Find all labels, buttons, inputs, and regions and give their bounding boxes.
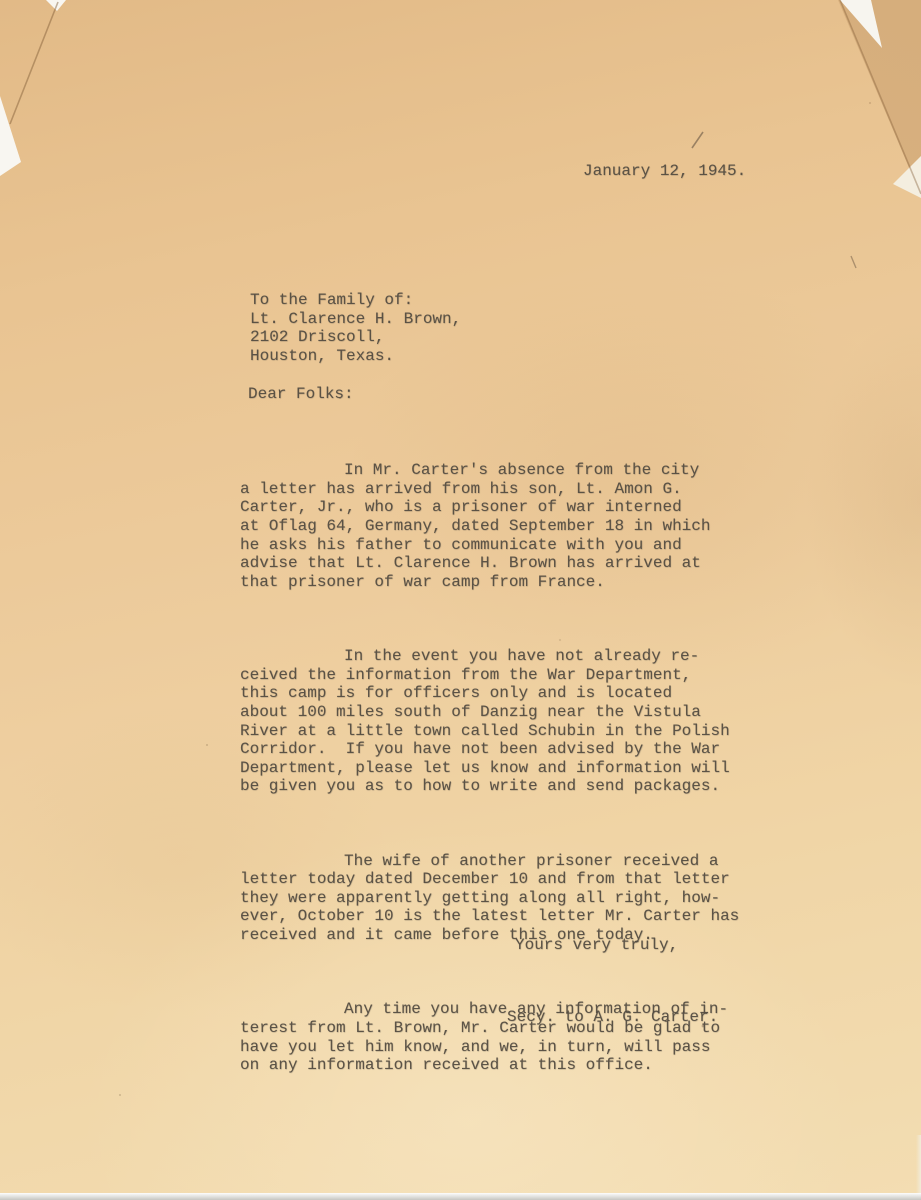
- signature-line: Secy. to A. G. Carter.: [507, 1008, 718, 1027]
- scanner-bottom-edge: [0, 1193, 921, 1200]
- letter-date: January 12, 1945.: [583, 162, 746, 181]
- complimentary-closing: Yours very truly,: [515, 936, 678, 955]
- letter-paragraph: The wife of another prisoner received a …: [240, 852, 760, 945]
- letter-paragraph: In Mr. Carter's absence from the city a …: [240, 461, 760, 591]
- letter-paragraph: In the event you have not already re- ce…: [240, 647, 760, 796]
- scanned-letter-page: January 12, 1945. To the Family of: Lt. …: [0, 0, 921, 1200]
- recipient-address-block: To the Family of: Lt. Clarence H. Brown,…: [250, 291, 461, 365]
- bottom-right-edge-gap: [916, 1135, 921, 1193]
- salutation: Dear Folks:: [248, 385, 354, 404]
